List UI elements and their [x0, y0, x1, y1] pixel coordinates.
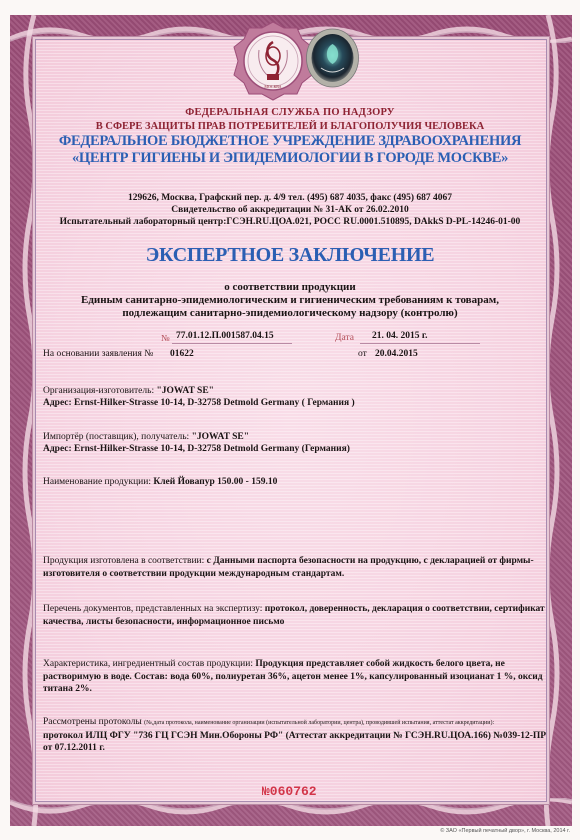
- product-label: Наименование продукции:: [43, 477, 153, 487]
- protocols-label: Рассмотрены протоколы: [43, 717, 144, 727]
- number-label: №: [161, 333, 170, 343]
- product-row: Наименование продукции: Клей Йовапур 150…: [43, 477, 277, 487]
- subtitle-line-1: о соответствии продукции: [0, 281, 580, 293]
- importer-row: Импортёр (поставщик), получатель: "JOWAT…: [43, 432, 249, 442]
- documents-label: Перечень документов, представленных на э…: [43, 604, 265, 614]
- agency-subtitle: В СФЕРЕ ЗАЩИТЫ ПРАВ ПОТРЕБИТЕЛЕЙ И БЛАГО…: [0, 121, 580, 132]
- composition-label: Характеристика, ингредиентный состав про…: [43, 659, 255, 669]
- date-underline: [360, 343, 480, 344]
- protocols-section: Рассмотрены протоколы (№,дата протокола,…: [43, 716, 553, 755]
- subtitle-line-3: подлежащим санитарно-эпидемиологическому…: [0, 307, 580, 319]
- application-number: 01622: [170, 349, 194, 359]
- manufacturer-name: "JOWAT SE": [157, 386, 214, 396]
- documents-section: Перечень документов, представленных на э…: [43, 603, 553, 628]
- application-label: На основании заявления №: [43, 349, 153, 359]
- institution-title: «ЦЕНТР ГИГИЕНЫ И ЭПИДЕМИОЛОГИИ В ГОРОДЕ …: [0, 150, 580, 167]
- importer-address: Адрес: Ernst-Hilker-Strasse 10-14, D-327…: [43, 444, 350, 454]
- document-title: ЭКСПЕРТНОЕ ЗАКЛЮЧЕНИЕ: [0, 244, 580, 267]
- manufacturer-label: Организация-изготовитель:: [43, 386, 157, 396]
- svg-text:МОСКВА: МОСКВА: [264, 84, 281, 89]
- protocols-hint: (№,дата протокола, наименование организа…: [144, 720, 494, 726]
- emblem-seal-icon: МОСКВА: [232, 20, 314, 102]
- conformity-label: Продукция изготовлена в соответствии:: [43, 556, 207, 566]
- application-date: 20.04.2015: [375, 349, 418, 359]
- manufacturer-row: Организация-изготовитель: "JOWAT SE": [43, 386, 214, 396]
- institution-name: ФЕДЕРАЛЬНОЕ БЮДЖЕТНОЕ УЧРЕЖДЕНИЕ ЗДРАВОО…: [0, 133, 580, 150]
- hologram-sticker-icon: [305, 28, 360, 88]
- product-name: Клей Йовапур 150.00 - 159.10: [153, 477, 277, 487]
- printer-copyright: © ЗАО «Первый печатный двор», г. Москва,…: [440, 828, 570, 834]
- serial-number: №060762: [262, 784, 317, 799]
- importer-name: "JOWAT SE": [192, 432, 249, 442]
- document-number: 77.01.12.П.001587.04.15: [176, 331, 274, 341]
- number-underline: [172, 343, 292, 344]
- lab-accreditation: Испытательный лабораторный центр:ГСЭН.RU…: [0, 217, 580, 227]
- subtitle-line-2: Единым санитарно-эпидемиологическим и ги…: [0, 294, 580, 306]
- institution-address: 129626, Москва, Графский пер. д. 4/9 тел…: [0, 193, 580, 203]
- date-label: Дата: [335, 333, 354, 343]
- protocols-text: протокол ИЛЦ ФГУ "736 ГЦ ГСЭН Мин.Оборон…: [43, 731, 546, 754]
- manufacturer-address: Адрес: Ernst-Hilker-Strasse 10-14, D-327…: [43, 398, 355, 408]
- document-date: 21. 04. 2015 г.: [372, 331, 428, 341]
- application-date-label: от: [358, 349, 367, 359]
- importer-label: Импортёр (поставщик), получатель:: [43, 432, 192, 442]
- accreditation-certificate: Свидетельство об аккредитации № 31-АК от…: [0, 205, 580, 215]
- composition-section: Характеристика, ингредиентный состав про…: [43, 658, 553, 696]
- agency-name: ФЕДЕРАЛЬНАЯ СЛУЖБА ПО НАДЗОРУ: [0, 107, 580, 118]
- conformity-section: Продукция изготовлена в соответствии: с …: [43, 555, 553, 580]
